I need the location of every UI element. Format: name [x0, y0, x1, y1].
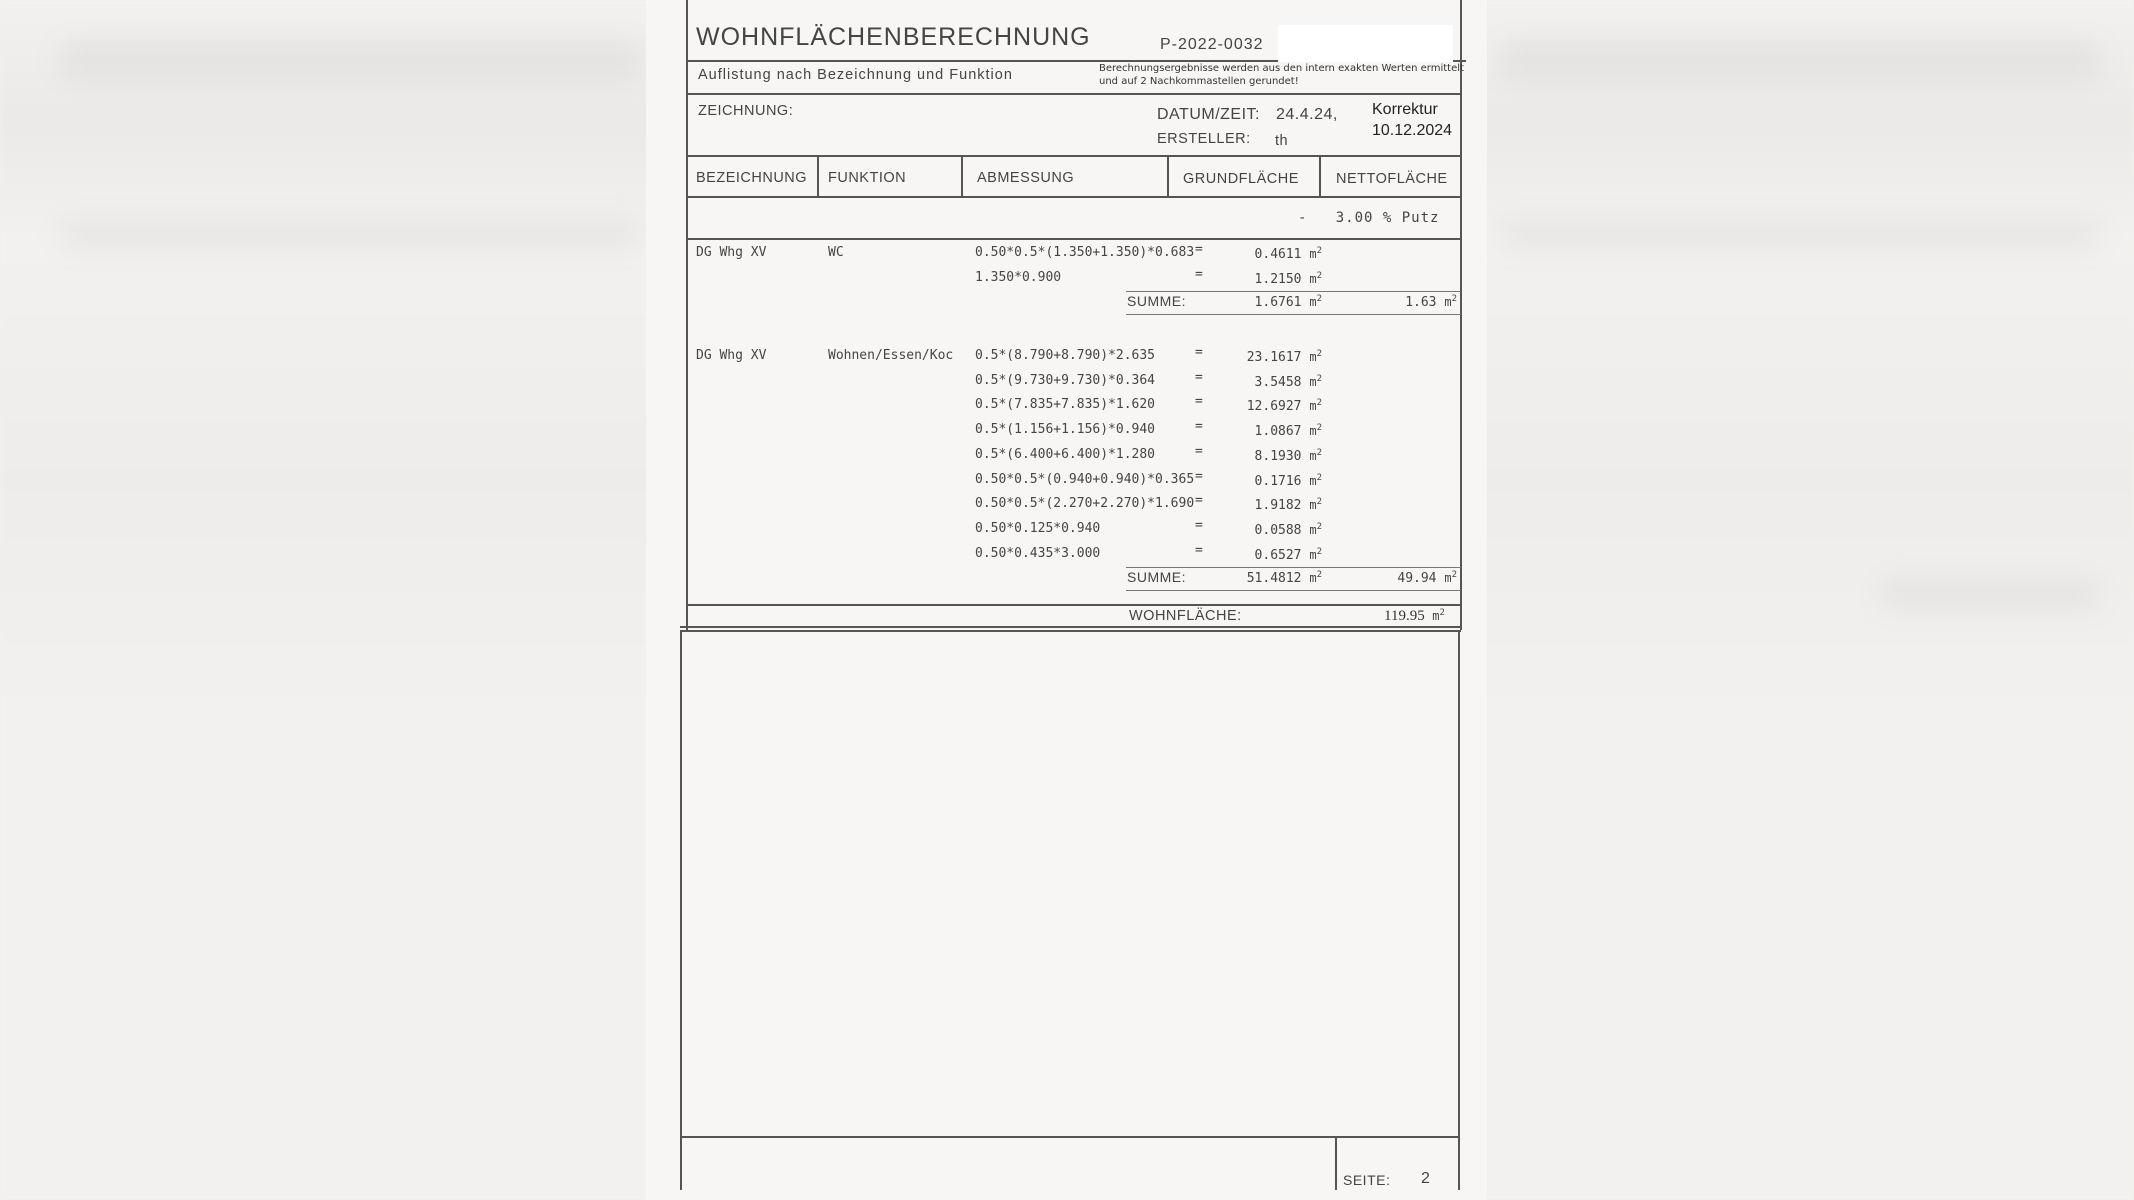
summe-label: SUMME:	[1127, 569, 1186, 585]
footer-column-divider	[1335, 1136, 1337, 1190]
row-abmessung: 0.5*(7.835+7.835)*1.620	[975, 397, 1155, 412]
border-left-bottom	[680, 630, 682, 1190]
summe-grundflaeche: 1.6761 m2	[1255, 294, 1322, 310]
row-abmessung: 0.50*0.5*(2.270+2.270)*1.690	[975, 496, 1194, 511]
divider	[686, 196, 1461, 198]
row-equals: =	[1195, 493, 1203, 508]
row-abmessung: 0.50*0.5*(0.940+0.940)*0.365	[975, 472, 1194, 487]
row-equals: =	[1195, 518, 1203, 533]
background-blur-band	[1500, 40, 2100, 80]
summe-line	[1126, 291, 1461, 292]
background-blur-band	[60, 220, 640, 250]
row-equals: =	[1195, 267, 1203, 282]
summe-nettoflaeche: 49.94 m2	[1397, 570, 1457, 586]
double-line-top	[680, 626, 1461, 628]
summe-label: SUMME:	[1127, 293, 1186, 309]
double-line-bottom	[680, 630, 1461, 632]
row-equals: =	[1195, 242, 1203, 257]
datum-value: 24.4.24,	[1276, 106, 1338, 124]
background-blur-band	[60, 40, 640, 80]
seite-label: SEITE:	[1343, 1172, 1390, 1188]
row-abmessung: 0.50*0.5*(1.350+1.350)*0.683	[975, 245, 1194, 260]
row-abmessung: 0.5*(6.400+6.400)*1.280	[975, 447, 1155, 462]
datum-label: DATUM/ZEIT:	[1157, 106, 1260, 124]
redaction-box	[1278, 25, 1453, 62]
row-grundflaeche: 0.6527 m2	[1255, 547, 1322, 563]
footer-divider	[680, 1136, 1459, 1138]
rounding-note-line2: und auf 2 Nachkommastellen gerundet!	[1099, 75, 1299, 88]
document-page: WOHNFLÄCHENBERECHNUNG P-2022-0032 Auflis…	[646, 0, 1487, 1200]
project-number: P-2022-0032	[1160, 36, 1264, 54]
document-title: WOHNFLÄCHENBERECHNUNG	[696, 23, 1091, 52]
border-right-bottom	[1458, 630, 1460, 1190]
wohnflaeche-value: 119.95 m2	[1384, 608, 1445, 625]
row-grundflaeche: 12.6927 m2	[1247, 398, 1322, 414]
row-grundflaeche: 0.4611 m2	[1255, 246, 1322, 262]
summe-underline	[1126, 314, 1461, 315]
row-bezeichnung: DG Whg XV	[696, 245, 766, 260]
row-funktion: Wohnen/Essen/Koc	[828, 348, 953, 363]
column-header-grundflaeche: GRUNDFLÄCHE	[1183, 171, 1299, 187]
row-grundflaeche: 8.1930 m2	[1255, 448, 1322, 464]
summe-line	[1126, 567, 1461, 568]
row-equals: =	[1195, 469, 1203, 484]
row-grundflaeche: 0.0588 m2	[1255, 522, 1322, 538]
column-header-nettoflaeche: NETTOFLÄCHE	[1336, 171, 1448, 187]
row-grundflaeche: 1.2150 m2	[1255, 271, 1322, 287]
row-equals: =	[1195, 444, 1203, 459]
summe-underline	[1126, 590, 1461, 591]
border-left-top	[686, 0, 688, 630]
ersteller-value: th	[1275, 133, 1288, 149]
row-grundflaeche: 1.0867 m2	[1255, 423, 1322, 439]
column-header-abmessung: ABMESSUNG	[977, 170, 1074, 186]
rounding-note-line1: Berechnungsergebnisse werden aus den int…	[1099, 62, 1464, 75]
column-divider	[1167, 155, 1169, 196]
row-equals: =	[1195, 543, 1203, 558]
divider	[686, 604, 1461, 606]
putz-deduction: - 3.00 % Putz	[1298, 210, 1439, 226]
row-grundflaeche: 1.9182 m2	[1255, 497, 1322, 513]
row-abmessung: 0.5*(9.730+9.730)*0.364	[975, 373, 1155, 388]
summe-nettoflaeche: 1.63 m2	[1405, 294, 1457, 310]
row-grundflaeche: 3.5458 m2	[1255, 374, 1322, 390]
row-abmessung: 0.50*0.435*3.000	[975, 546, 1100, 561]
row-equals: =	[1195, 419, 1203, 434]
summe-grundflaeche: 51.4812 m2	[1247, 570, 1322, 586]
row-bezeichnung: DG Whg XV	[696, 348, 766, 363]
divider	[686, 93, 1461, 95]
row-grundflaeche: 0.1716 m2	[1255, 473, 1322, 489]
correction-date: 10.12.2024	[1372, 121, 1452, 140]
column-divider	[961, 155, 963, 196]
row-equals: =	[1195, 345, 1203, 360]
zeichnung-label: ZEICHNUNG:	[698, 103, 793, 119]
ersteller-label: ERSTELLER:	[1157, 131, 1251, 147]
row-abmessung: 0.5*(8.790+8.790)*2.635	[975, 348, 1155, 363]
row-funktion: WC	[828, 245, 844, 260]
document-subtitle: Auflistung nach Bezeichnung und Funktion	[698, 67, 1013, 83]
divider	[686, 155, 1461, 157]
background-blur-band	[1500, 220, 2100, 250]
background-blur-band	[1880, 580, 2100, 610]
seite-value: 2	[1421, 1170, 1430, 1188]
row-grundflaeche: 23.1617 m2	[1247, 349, 1322, 365]
row-equals: =	[1195, 394, 1203, 409]
column-divider	[1319, 155, 1321, 196]
wohnflaeche-label: WOHNFLÄCHE:	[1129, 608, 1242, 624]
column-header-funktion: FUNKTION	[828, 170, 906, 186]
row-abmessung: 0.50*0.125*0.940	[975, 521, 1100, 536]
row-abmessung: 0.5*(1.156+1.156)*0.940	[975, 422, 1155, 437]
row-equals: =	[1195, 370, 1203, 385]
correction-label: Korrektur	[1372, 100, 1438, 119]
column-header-bezeichnung: BEZEICHNUNG	[696, 170, 807, 186]
row-abmessung: 1.350*0.900	[975, 270, 1061, 285]
divider	[686, 238, 1461, 240]
column-divider	[817, 155, 819, 196]
